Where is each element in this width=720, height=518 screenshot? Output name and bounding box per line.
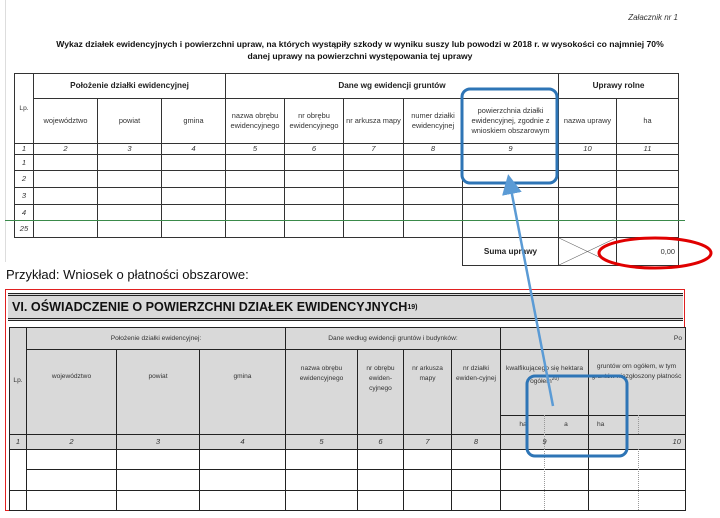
annotation-overlay [0,0,720,518]
highlight-box-bottom [527,376,627,456]
connector-arrow [510,184,553,406]
highlight-box-top [462,89,557,183]
sum-highlight-ellipse [599,238,711,268]
